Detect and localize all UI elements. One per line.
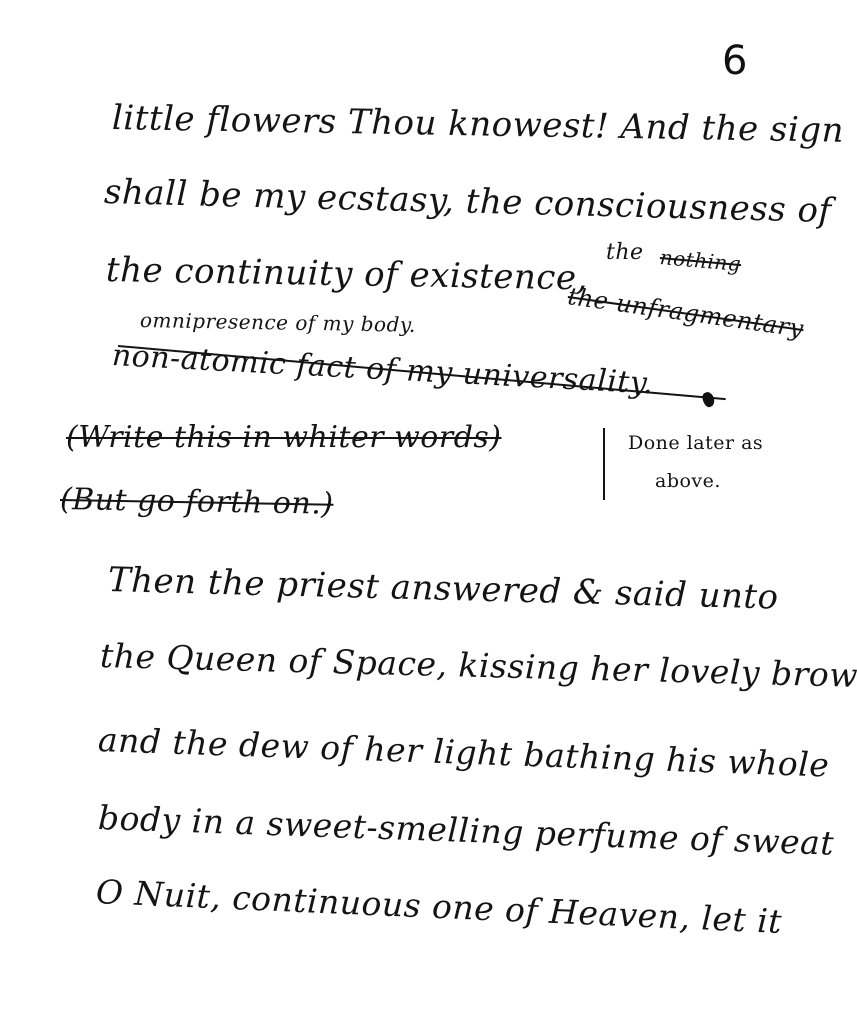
manuscript-line-11: O Nuit, continuous one of Heaven, let it	[95, 872, 783, 941]
manuscript-line-1: little flowers Thou knowest! And the sig…	[112, 98, 845, 151]
manuscript-line-9: and the dew of her light bathing his who…	[97, 720, 830, 785]
manuscript-line-7: Then the priest answered & said unto	[107, 560, 779, 618]
margin-rule	[603, 428, 605, 500]
insertion-the: the	[606, 240, 644, 265]
struck-word-nothing: nothing	[659, 245, 742, 276]
manuscript-line-3: the continuity of existence,	[106, 250, 589, 298]
manuscript-line-8: the Queen of Space, kissing her lovely b…	[99, 636, 857, 695]
manuscript-line-10: body in a sweet-smelling perfume of swea…	[97, 798, 834, 863]
margin-note-line-1: Done later as	[628, 432, 763, 454]
page-number: 6	[722, 38, 747, 84]
struck-but-go-forth: (But go forth on.)	[60, 482, 334, 522]
insertion-omnipresence: omnipresence of my body.	[140, 308, 416, 337]
manuscript-page: 6 little flowers Thou knowest! And the s…	[0, 0, 857, 1024]
struck-write-this: (Write this in whiter words)	[66, 420, 502, 455]
margin-note-line-2: above.	[655, 470, 721, 492]
manuscript-line-2: shall be my ecstasy, the consciousness o…	[103, 172, 832, 231]
struck-phrase-unfragmentary: the unfragmentary	[566, 282, 805, 343]
ink-blot	[700, 390, 716, 408]
